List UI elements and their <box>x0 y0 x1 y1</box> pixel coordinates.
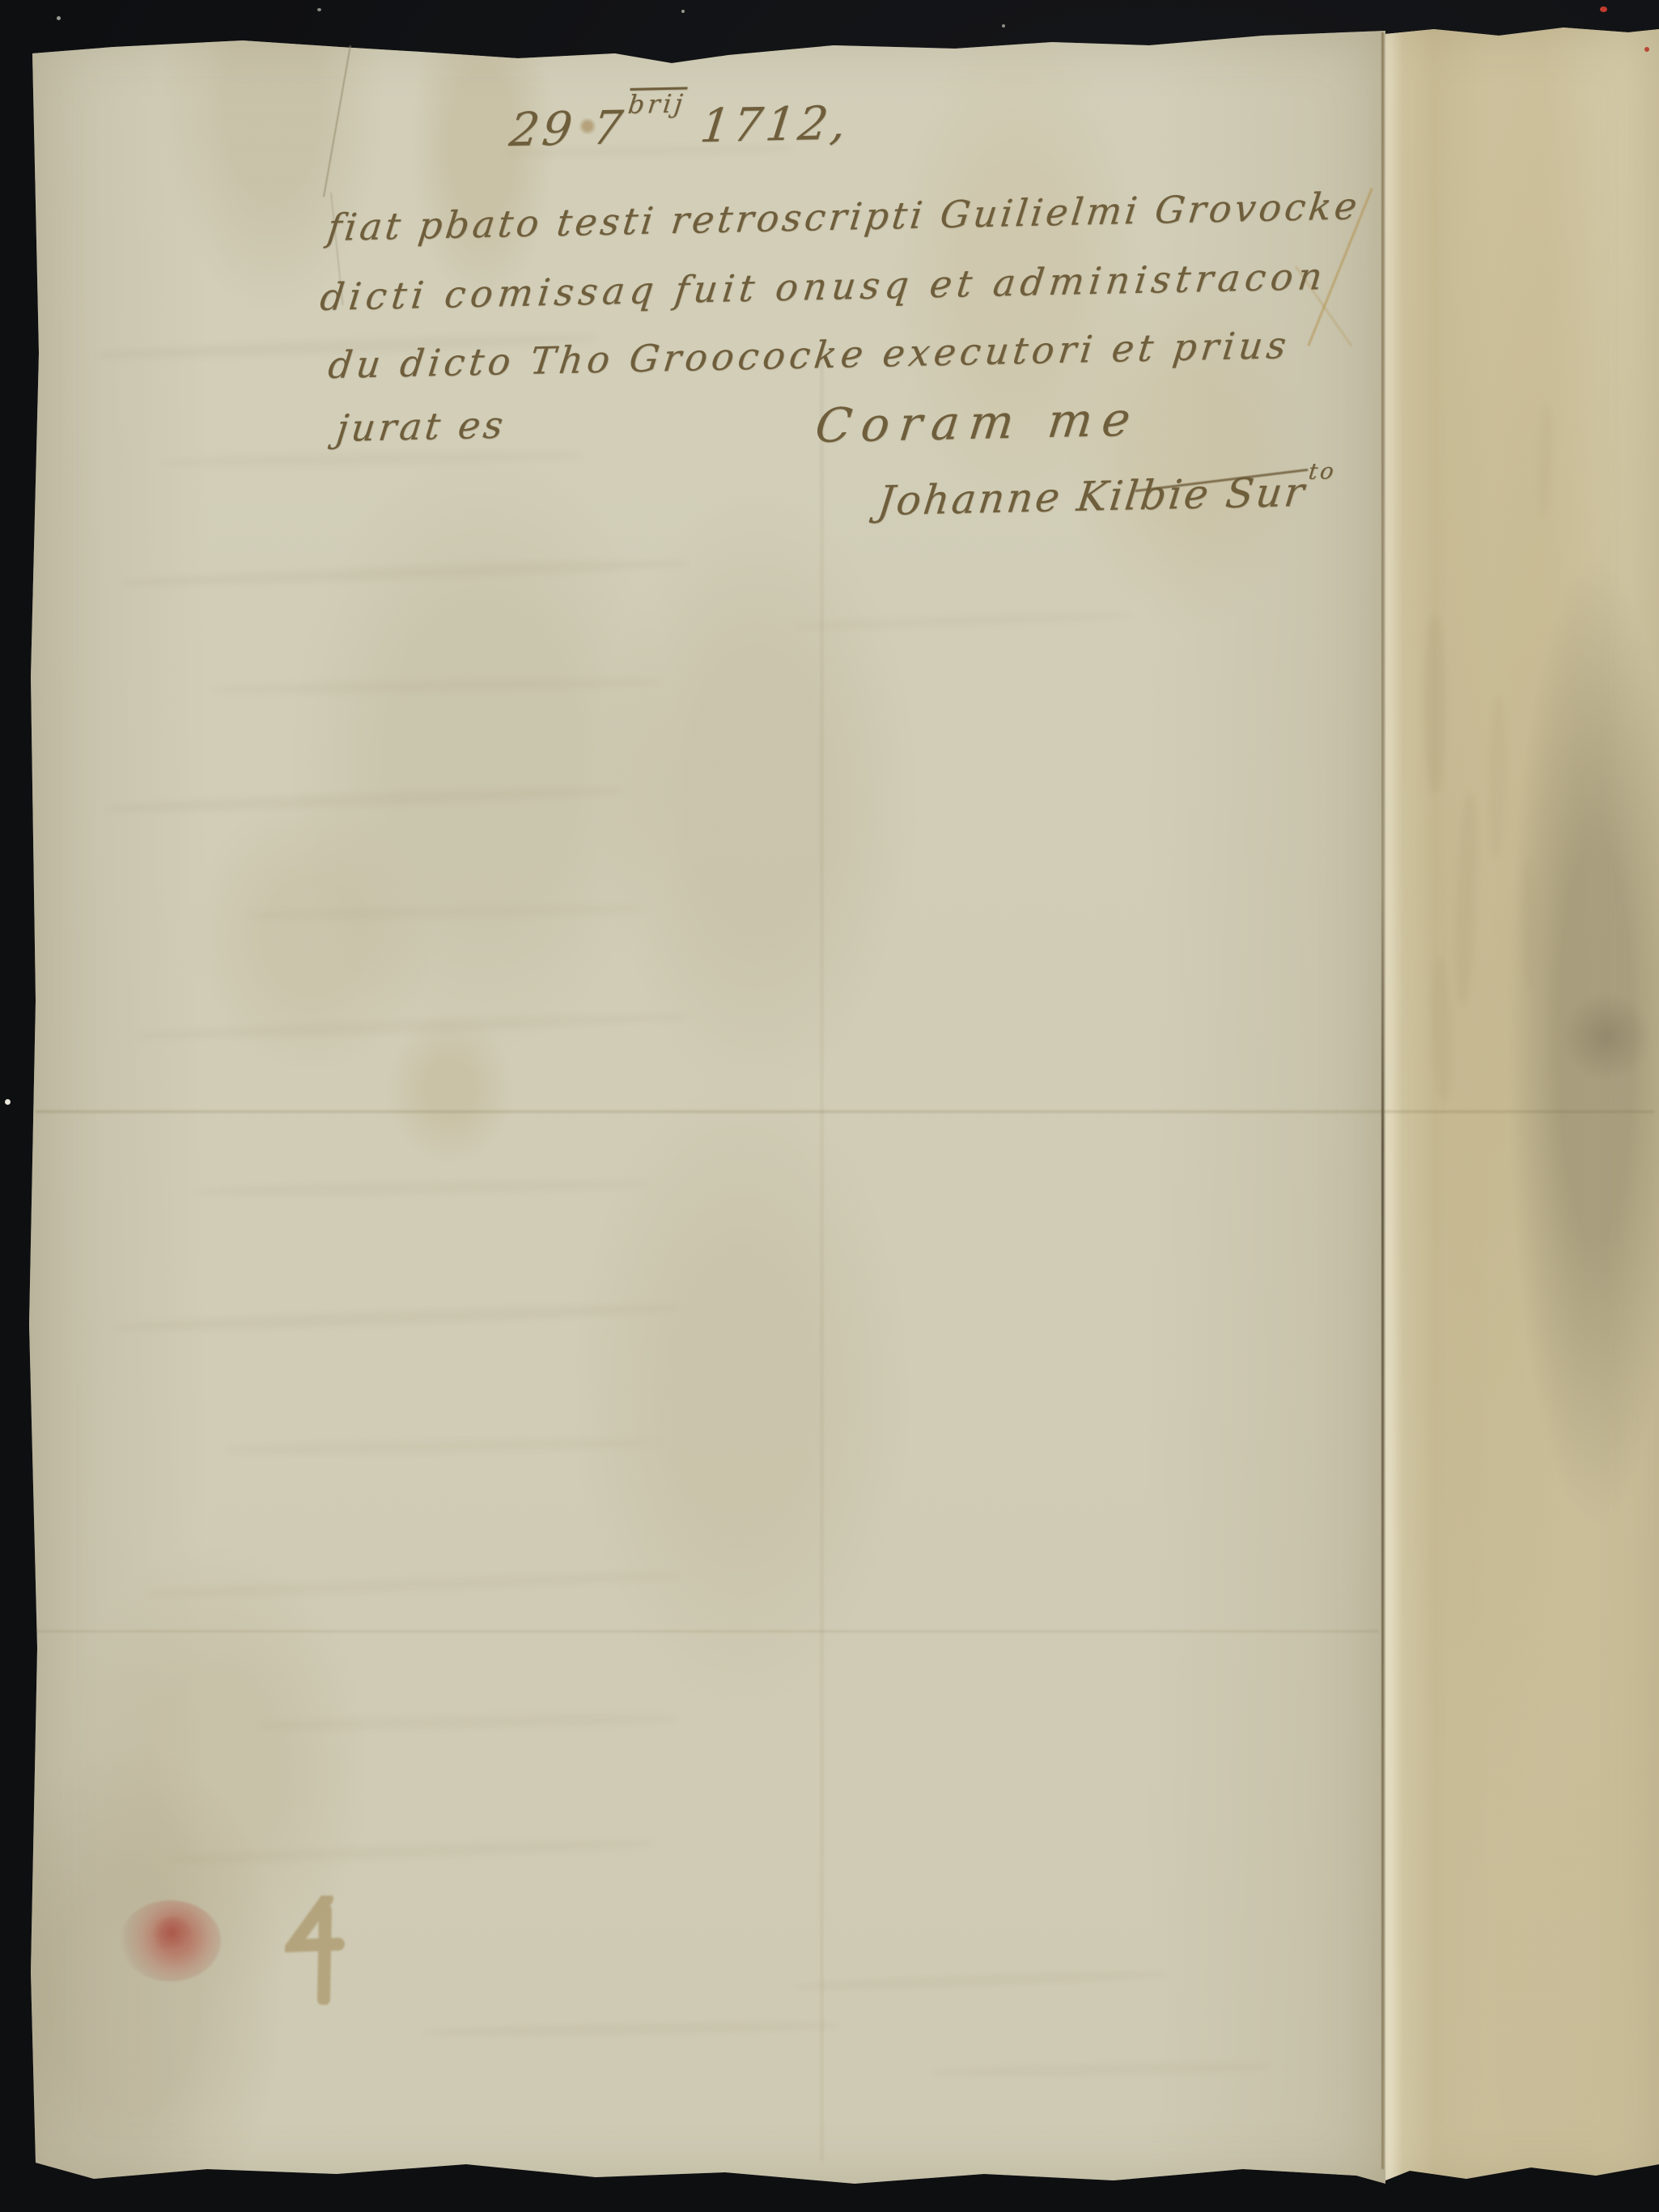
dust-speck <box>57 16 61 20</box>
dust-speck <box>681 10 685 13</box>
signature-name: Johanne Kilbie <box>876 470 1229 524</box>
fold-crease-vertical <box>1381 32 1384 2169</box>
dust-speck <box>317 8 321 11</box>
ink-smudge-right-edge <box>1560 994 1653 1079</box>
fold-crease-horizontal-lower <box>36 1630 1379 1632</box>
ink-blot-stain <box>285 1896 358 2005</box>
red-speck <box>1644 47 1649 52</box>
attestation-line: Coram me <box>813 392 1143 454</box>
dust-speck <box>1002 24 1005 28</box>
crease-soft-vertical <box>821 348 823 2161</box>
body-line-4: jurat es <box>334 403 509 451</box>
date-month-superscript: brij <box>626 89 687 120</box>
folded-page-edge <box>1385 23 1659 2192</box>
signature-title-superscript: to <box>1307 458 1337 485</box>
wax-seal-stain-core <box>150 1917 194 1949</box>
fold-crease-horizontal <box>36 1110 1654 1113</box>
bleed-through-ghost <box>1424 615 1445 793</box>
signature-line: Johanne Kilbie Surto <box>876 468 1337 524</box>
dust-speck <box>5 1099 11 1105</box>
red-speck <box>1600 6 1607 12</box>
scanner-background: 29 7brij 1712, fiat pbato testi retroscr… <box>0 0 1659 2212</box>
